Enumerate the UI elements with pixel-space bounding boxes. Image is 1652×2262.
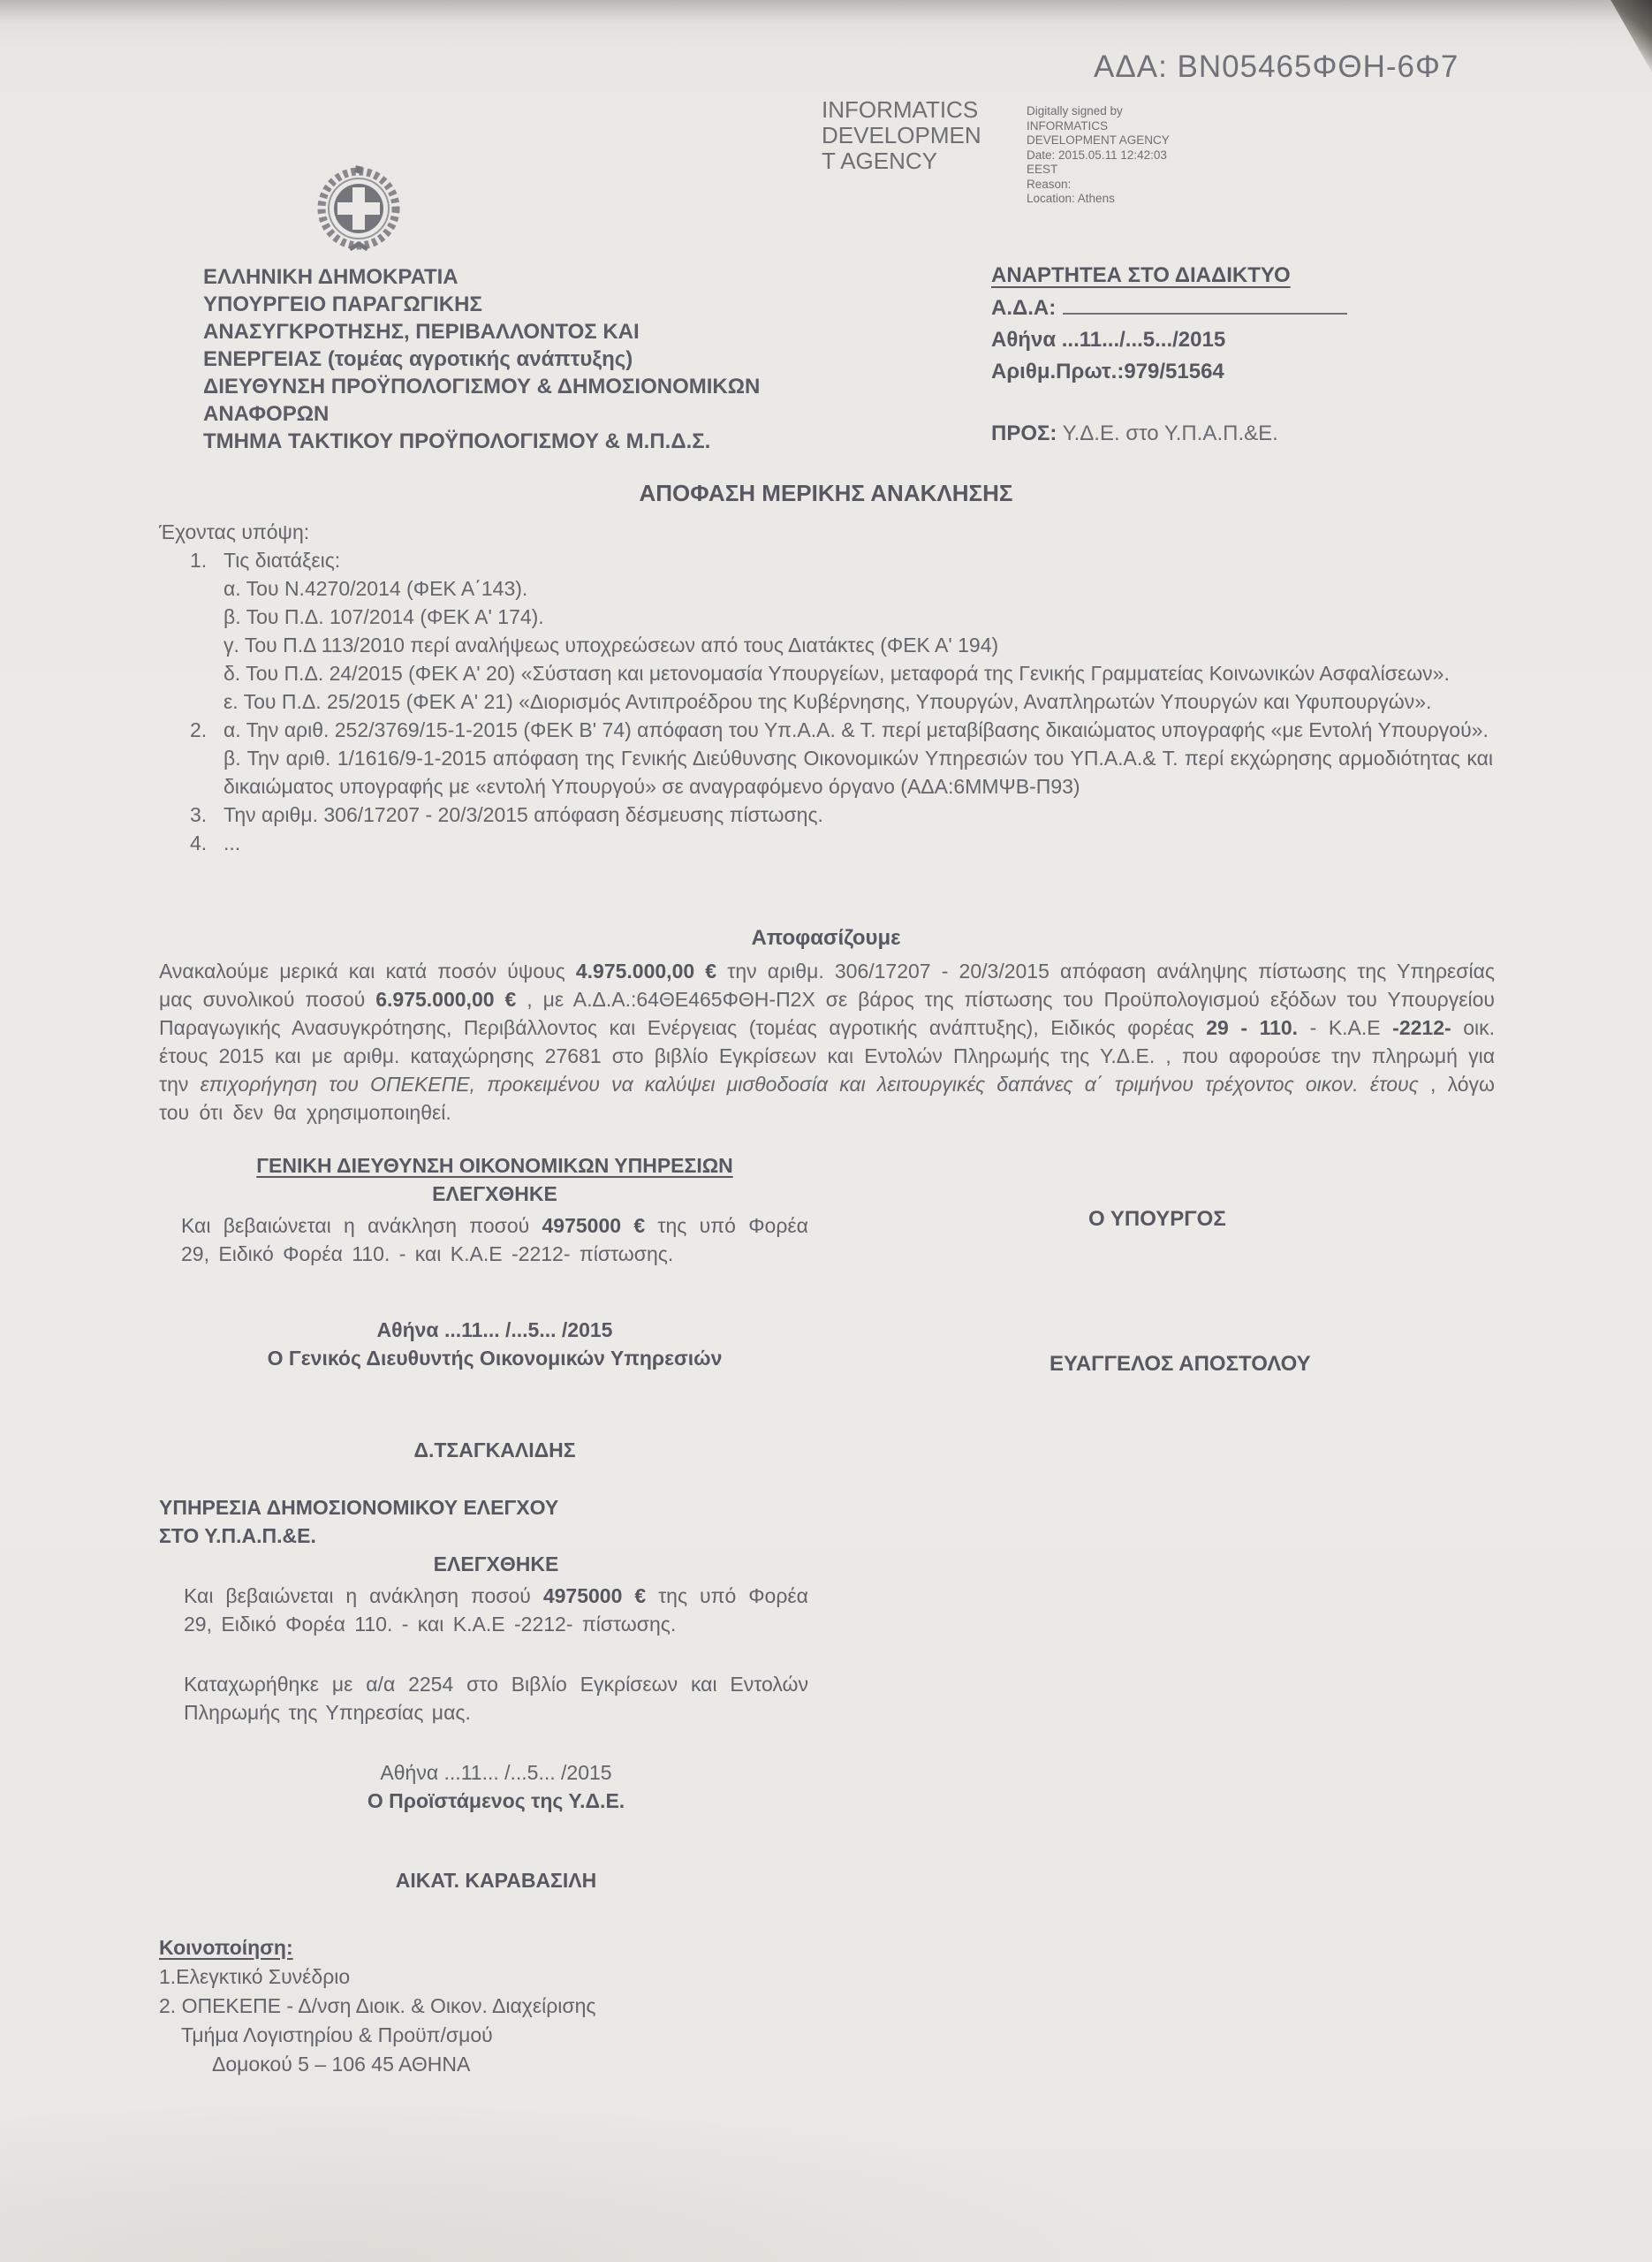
ada-code: ΑΔΑ: ΒΝ05465ΦΘΗ-6Φ7 <box>1094 49 1459 85</box>
item-text: ... <box>224 829 1495 857</box>
considering-list: Έχοντας υπόψη: 1. Τις διατάξεις: α. Του … <box>159 518 1495 857</box>
ada-field-underline <box>1063 292 1347 315</box>
stamp-signer-name: INFORMATICS DEVELOPMEN T AGENCY <box>822 97 1009 207</box>
decision-paragraph: Ανακαλούμε μερικά και κατά ποσόν ύψους 4… <box>159 957 1495 1138</box>
purpose-text: επιχορήγηση του ΟΠΕΚΕΠΕ, προκειμένου να … <box>201 1073 1419 1096</box>
gdfs-signer-title: Ο Γενικός Διευθυντής Οικονομικών Υπηρεσι… <box>181 1344 808 1372</box>
posted-online-label: ΑΝΑΡΤΗΤΕΑ ΣΤΟ ΔΙΑΔΙΚΤΥΟ <box>991 260 1504 292</box>
considering-item-3: 3. Την αριθμ. 306/17207 - 20/3/2015 απόφ… <box>159 801 1495 829</box>
yde-checked-label: ΕΛΕΓΧΘΗΚΕ <box>184 1550 808 1578</box>
considering-item-4: 4. ... <box>159 829 1495 857</box>
considering-item-1: 1. Τις διατάξεις: <box>159 546 1495 574</box>
sender-line: ΑΝΑΦΟΡΩΝ <box>203 400 875 428</box>
kae-code: -2212- <box>1392 1016 1451 1039</box>
item-number: 3. <box>190 801 224 829</box>
item-number: 2. <box>190 716 224 744</box>
stamp-signer-line: DEVELOPMEN <box>822 123 1009 148</box>
considering-intro: Έχοντας υπόψη: <box>159 518 1495 546</box>
decision-text: Ανακαλούμε μερικά και κατά ποσόν ύψους <box>159 960 576 983</box>
digital-signature-stamp: INFORMATICS DEVELOPMEN T AGENCY Digitall… <box>822 97 1170 207</box>
agency-code: 29 - 110. <box>1206 1016 1298 1039</box>
sub-item-1a: α. Του Ν.4270/2014 (ΦΕΚ Α΄143). <box>224 574 1495 603</box>
registration-note: Καταχωρήθηκε με α/α 2254 στο Βιβλίο Εγκρ… <box>184 1670 808 1727</box>
yde-signer-title: Ο Προϊστάμενος της Υ.Δ.Ε. <box>184 1787 808 1815</box>
stamp-detail-line: EEST <box>1027 163 1170 178</box>
stamp-detail-line: DEVELOPMENT AGENCY <box>1027 133 1170 148</box>
item-number: 1. <box>190 546 224 574</box>
sub-item-1c: γ. Του Π.Δ 113/2010 περί αναλήψεως υποχρ… <box>224 631 1495 659</box>
protocol-number: Αριθμ.Πρωτ.:979/51564 <box>991 356 1504 388</box>
verified-amount: 4975000 € <box>543 1584 646 1607</box>
sender-line: ΕΝΕΡΓΕΙΑΣ (τομέας αγροτικής ανάπτυξης) <box>203 345 875 373</box>
stamp-signer-line: INFORMATICS <box>822 97 1009 123</box>
yde-date-line: Αθήνα ...11... /...5... /2015 <box>184 1758 808 1787</box>
to-label: ΠΡΟΣ: <box>991 421 1057 445</box>
sender-line: ΕΛΛΗΝΙΚΗ ΔΗΜΟΚΡΑΤΙΑ <box>203 263 875 291</box>
stamp-detail-line: INFORMATICS <box>1027 119 1170 134</box>
distribution-item: Δομοκού 5 – 106 45 ΑΘΗΝΑ <box>212 2050 866 2079</box>
ada-field: Α.Δ.Α: <box>991 292 1504 324</box>
to-value: Υ.Δ.Ε. στο Υ.Π.Α.Π.&Ε. <box>1057 421 1277 445</box>
sub-item-1e: ε. Του Π.Δ. 25/2015 (ΦΕΚ Α' 21) «Διορισμ… <box>224 687 1495 716</box>
minister-title: Ο ΥΠΟΥΡΓΟΣ <box>1088 1207 1226 1232</box>
yde-section-title-line2: ΣΤΟ Υ.Π.Α.Π.&Ε. <box>159 1522 808 1550</box>
verification-text: Και βεβαιώνεται η ανάκληση ποσού <box>184 1584 543 1607</box>
ada-field-label: Α.Δ.Α: <box>991 296 1056 320</box>
considering-item-2: 2. α. Την αριθ. 252/3769/15-1-2015 (ΦΕΚ … <box>159 716 1495 744</box>
recipient-header: ΑΝΑΡΤΗΤΕΑ ΣΤΟ ΔΙΑΔΙΚΤΥΟ Α.Δ.Α: Αθήνα ...… <box>991 260 1504 450</box>
yde-section-title-line1: ΥΠΗΡΕΣΙΑ ΔΗΜΟΣΙΟΝΟΜΙΚΟΥ ΕΛΕΓΧΟΥ <box>159 1493 808 1522</box>
gdfs-checked-label: ΕΛΕΓΧΘΗΚΕ <box>181 1180 808 1208</box>
sender-line: ΔΙΕΥΘΥΝΣΗ ΠΡΟΫΠΟΛΟΓΙΣΜΟΥ & ΔΗΜΟΣΙΟΝΟΜΙΚΩ… <box>203 373 875 400</box>
distribution-list: Κοινοποίηση: 1.Ελεγκτικό Συνέδριο 2. ΟΠΕ… <box>159 1933 866 2079</box>
sub-item-2b: β. Την αριθ. 1/1616/9-1-2015 απόφαση της… <box>224 744 1495 801</box>
stamp-detail-line: Location: Athens <box>1027 192 1170 207</box>
total-amount: 6.975.000,00 € <box>375 988 516 1011</box>
issue-date: Αθήνα ...11.../...5.../2015 <box>991 324 1504 356</box>
item-text: α. Την αριθ. 252/3769/15-1-2015 (ΦΕΚ Β' … <box>224 716 1495 744</box>
verified-amount: 4975000 € <box>542 1214 646 1237</box>
greek-coat-of-arms-icon <box>309 164 408 262</box>
stamp-detail-line: Reason: <box>1027 178 1170 193</box>
yde-verification-paragraph: Και βεβαιώνεται η ανάκληση ποσού 4975000… <box>184 1582 808 1670</box>
section-gdfs: ΓΕΝΙΚΗ ΔΙΕΥΘΥΝΣΗ ΟΙΚΟΝΟΜΙΚΩΝ ΥΠΗΡΕΣΙΩΝ Ε… <box>181 1151 808 1464</box>
decision-heading: Αποφασίζουμε <box>0 926 1652 951</box>
section-yde: ΥΠΗΡΕΣΙΑ ΔΗΜΟΣΙΟΝΟΜΙΚΟΥ ΕΛΕΓΧΟΥ ΣΤΟ Υ.Π.… <box>159 1493 808 1894</box>
gdfs-date-line: Αθήνα ...11... /...5... /2015 <box>181 1316 808 1344</box>
scan-top-shadow <box>0 0 1652 23</box>
recipient-line: ΠΡΟΣ: Υ.Δ.Ε. στο Υ.Π.Α.Π.&Ε. <box>991 418 1504 450</box>
stamp-detail-line: Digitally signed by <box>1027 104 1170 119</box>
item-text: Τις διατάξεις: <box>224 546 1495 574</box>
gdfs-verification-paragraph: Και βεβαιώνεται η ανάκληση ποσού 4975000… <box>181 1211 808 1300</box>
document-title: ΑΠΟΦΑΣΗ ΜΕΡΙΚΗΣ ΑΝΑΚΛΗΣΗΣ <box>0 480 1652 507</box>
distribution-item: 2. ΟΠΕΚΕΠΕ - Δ/νση Διοικ. & Οικον. Διαχε… <box>159 1992 866 2021</box>
gdfs-signer-name: Δ.ΤΣΑΓΚΑΛΙΔΗΣ <box>181 1436 808 1464</box>
stamp-detail-line: Date: 2015.05.11 12:42:03 <box>1027 148 1170 163</box>
distribution-item: 1.Ελεγκτικό Συνέδριο <box>159 1962 866 1992</box>
verification-text: Και βεβαιώνεται η ανάκληση ποσού <box>181 1214 542 1237</box>
decision-text: - Κ.Α.Ε <box>1298 1016 1392 1039</box>
stamp-signature-details: Digitally signed by INFORMATICS DEVELOPM… <box>1027 97 1170 207</box>
yde-signer-name: ΑΙΚΑΤ. ΚΑΡΑΒΑΣΙΛΗ <box>184 1866 808 1894</box>
scanned-document-page: ΑΔΑ: ΒΝ05465ΦΘΗ-6Φ7 INFORMATICS DEVELOPM… <box>0 0 1652 2262</box>
item-text: Την αριθμ. 306/17207 - 20/3/2015 απόφαση… <box>224 801 1495 829</box>
gdfs-section-title: ΓΕΝΙΚΗ ΔΙΕΥΘΥΝΣΗ ΟΙΚΟΝΟΜΙΚΩΝ ΥΠΗΡΕΣΙΩΝ <box>181 1151 808 1180</box>
sub-item-1b: β. Του Π.Δ. 107/2014 (ΦΕΚ Α' 174). <box>224 603 1495 631</box>
item-number: 4. <box>190 829 224 857</box>
sender-line: ΤΜΗΜΑ ΤΑΚΤΙΚΟΥ ΠΡΟΫΠΟΛΟΓΙΣΜΟΥ & Μ.Π.Δ.Σ. <box>203 428 875 455</box>
distribution-heading: Κοινοποίηση: <box>159 1933 866 1962</box>
distribution-item: Τμήμα Λογιστηρίου & Προϋπ/σμού <box>181 2021 866 2050</box>
stamp-signer-line: T AGENCY <box>822 148 1009 174</box>
sender-header: ΕΛΛΗΝΙΚΗ ΔΗΜΟΚΡΑΤΙΑ ΥΠΟΥΡΓΕΙΟ ΠΑΡΑΓΩΓΙΚΗ… <box>203 263 875 455</box>
sender-line: ΑΝΑΣΥΓΚΡΟΤΗΣΗΣ, ΠΕΡΙΒΑΛΛΟΝΤΟΣ ΚΑΙ <box>203 318 875 345</box>
minister-name: ΕΥΑΓΓΕΛΟΣ ΑΠΟΣΤΟΛΟΥ <box>1050 1352 1311 1377</box>
sender-line: ΥΠΟΥΡΓΕΙΟ ΠΑΡΑΓΩΓΙΚΗΣ <box>203 291 875 318</box>
sub-item-1d: δ. Του Π.Δ. 24/2015 (ΦΕΚ Α' 20) «Σύσταση… <box>224 659 1495 687</box>
revoked-amount: 4.975.000,00 € <box>576 960 716 983</box>
